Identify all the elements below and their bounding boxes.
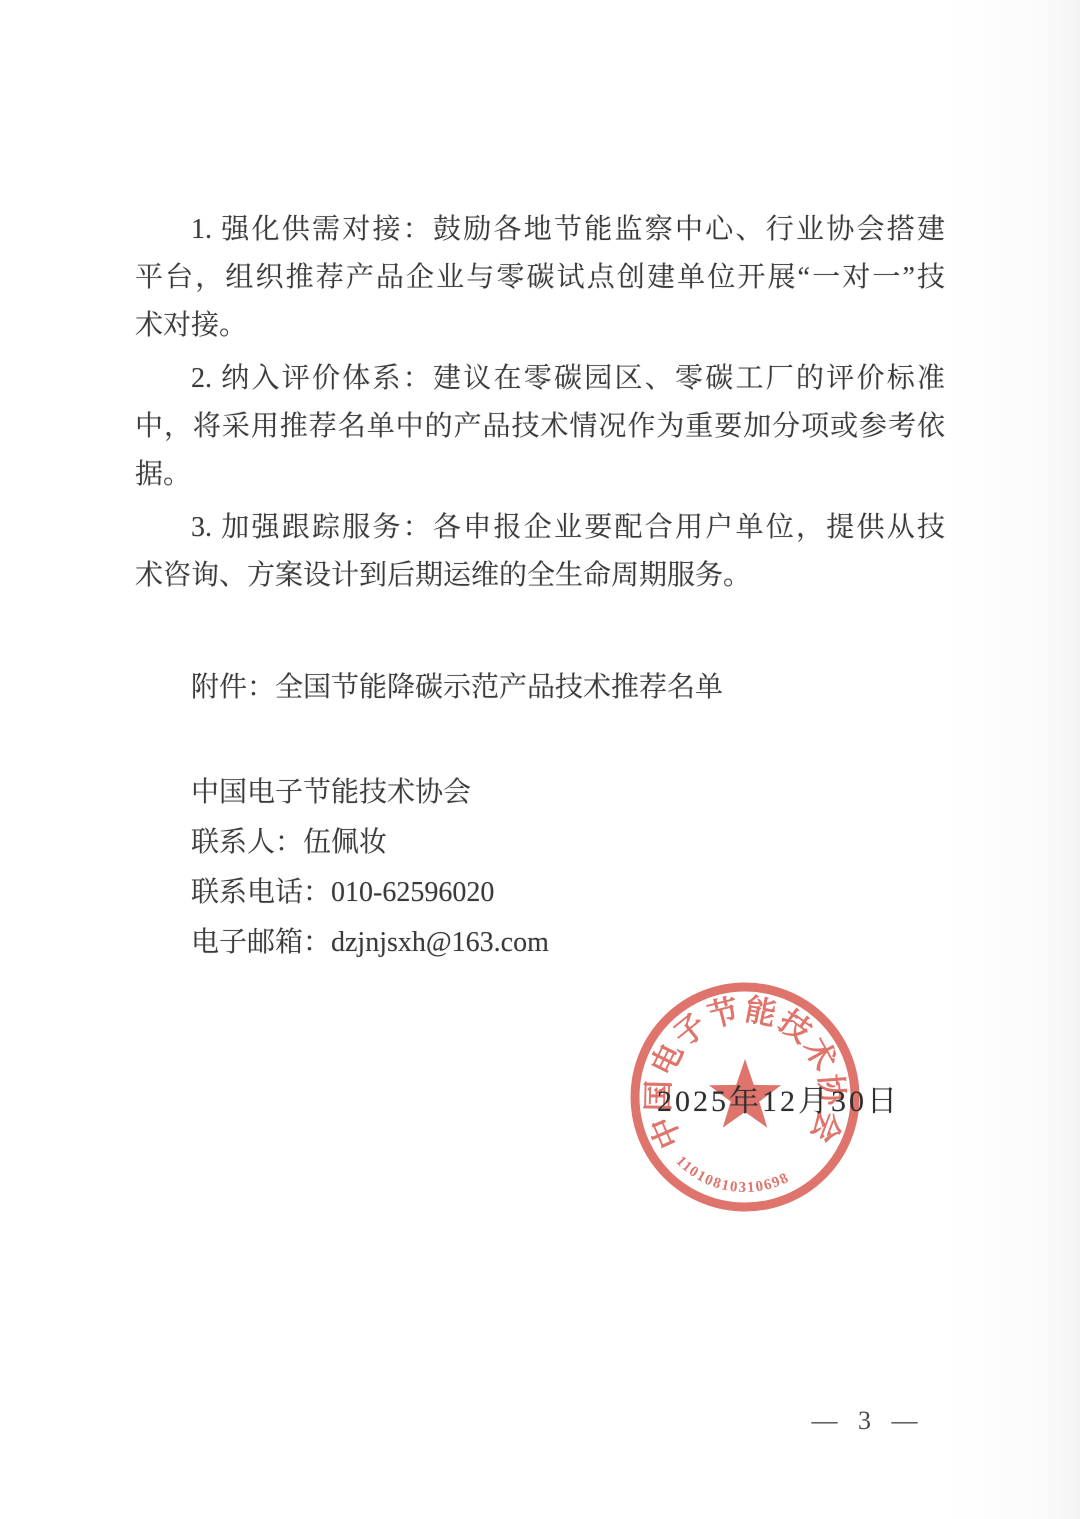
attachment-line: 附件：全国节能降碳示范产品技术推荐名单 xyxy=(135,664,945,712)
paragraph-2-line-3: 据。 xyxy=(135,451,945,499)
document-date: 2025年12月30日 xyxy=(657,1076,900,1120)
paragraph-1-line-1: 1. 强化供需对接：鼓励各地节能监察中心、行业协会搭建 xyxy=(135,206,945,254)
paragraph-1-line-2: 平台，组织推荐产品企业与零碳试点创建单位开展“一对一”技 xyxy=(135,254,945,302)
document-page: 1. 强化供需对接：鼓励各地节能监察中心、行业协会搭建 平台，组织推荐产品企业与… xyxy=(0,0,1080,1519)
paragraph-3-line-2: 术咨询、方案设计到后期运维的全生命周期服务。 xyxy=(135,552,945,600)
paragraph-1: 1. 强化供需对接：鼓励各地节能监察中心、行业协会搭建 平台，组织推荐产品企业与… xyxy=(135,206,945,350)
paragraph-1-line-3: 术对接。 xyxy=(135,302,945,350)
contact-person: 联系人：伍佩妆 xyxy=(135,818,945,868)
contact-email: 电子邮箱：dzjnjsxh@163.com xyxy=(135,918,945,968)
organization-name: 中国电子节能技术协会 xyxy=(135,768,945,818)
contact-phone: 联系电话：010-62596020 xyxy=(135,868,945,918)
paragraph-3: 3. 加强跟踪服务：各申报企业要配合用户单位，提供从技 术咨询、方案设计到后期运… xyxy=(135,504,945,600)
paragraph-3-line-1: 3. 加强跟踪服务：各申报企业要配合用户单位，提供从技 xyxy=(135,504,945,552)
paragraph-2-line-2: 中，将采用推荐名单中的产品技术情况作为重要加分项或参考依 xyxy=(135,403,945,451)
document-body: 1. 强化供需对接：鼓励各地节能监察中心、行业协会搭建 平台，组织推荐产品企业与… xyxy=(135,206,945,968)
page-number: — 3 — xyxy=(795,1406,935,1436)
signature-block: 中国电子节能技术协会 联系人：伍佩妆 联系电话：010-62596020 电子邮… xyxy=(135,768,945,968)
paragraph-2-line-1: 2. 纳入评价体系：建议在零碳园区、零碳工厂的评价标准 xyxy=(135,355,945,403)
paragraph-2: 2. 纳入评价体系：建议在零碳园区、零碳工厂的评价标准 中，将采用推荐名单中的产… xyxy=(135,355,945,499)
